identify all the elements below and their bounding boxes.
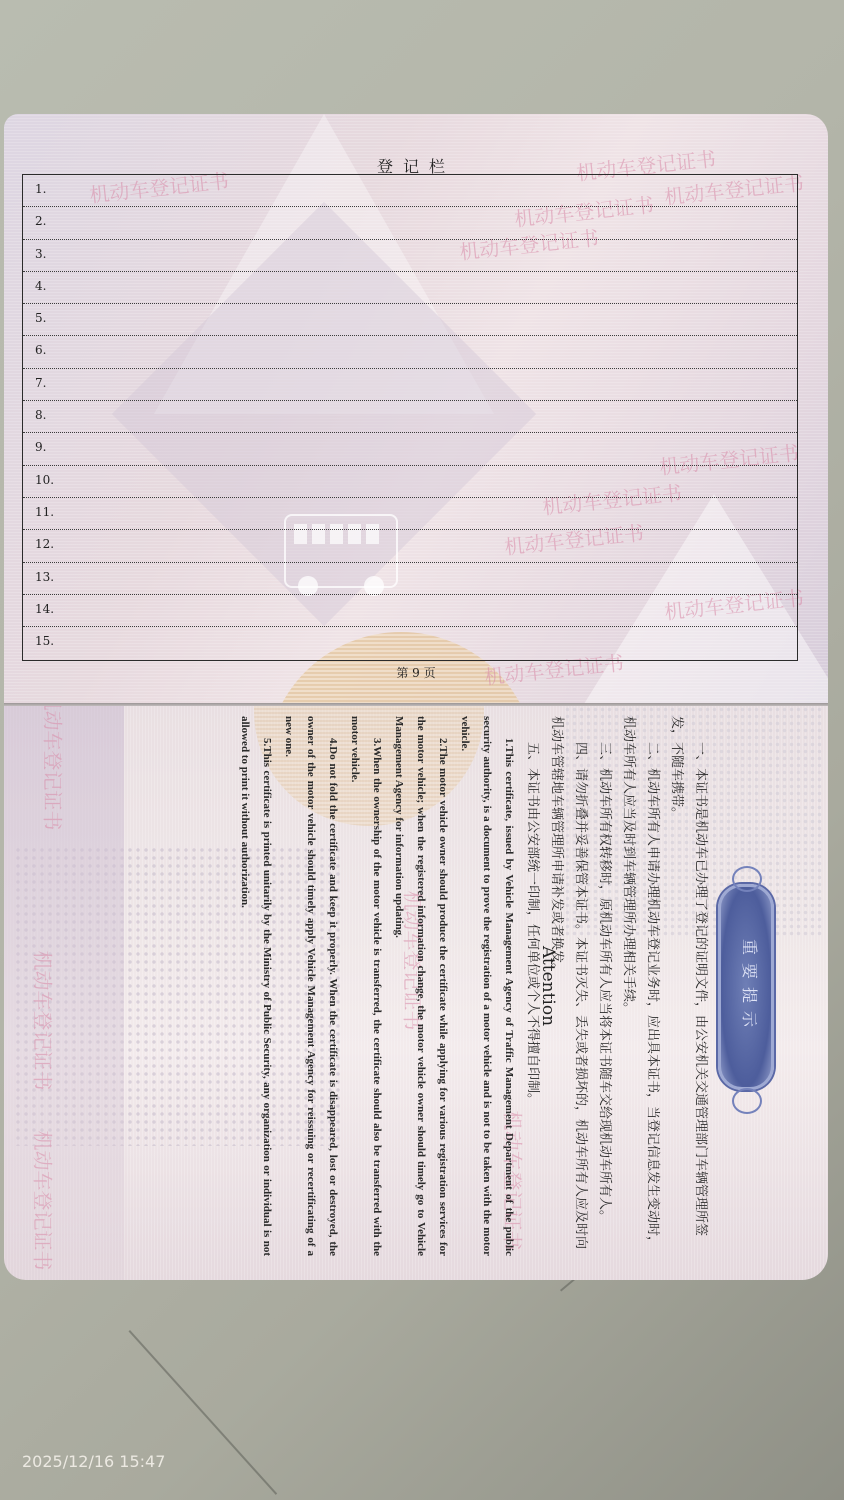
ornament-icon <box>732 1088 762 1114</box>
note-item: 4.Do not fold the certificate and keep i… <box>278 716 344 1256</box>
row-number: 8. <box>35 408 46 422</box>
ornament-icon <box>732 866 762 892</box>
note-item: 1.This certificate, issued by Vehicle Ma… <box>454 716 520 1256</box>
photo-timestamp: 2025/12/16 15:47 <box>22 1452 165 1471</box>
row-number: 2. <box>35 214 46 228</box>
row-number: 12. <box>35 537 54 551</box>
row-number: 9. <box>35 440 46 454</box>
registration-row: 3. <box>23 240 797 272</box>
page-number: 第 9 页 <box>4 664 828 681</box>
row-number: 14. <box>35 602 54 616</box>
row-number: 4. <box>35 279 46 293</box>
registration-row: 15. <box>23 627 797 659</box>
attention-title: Attention <box>538 716 558 1256</box>
important-notice-badge: 重要提示 <box>718 884 774 1090</box>
registration-row: 10. <box>23 466 797 498</box>
registration-row: 13. <box>23 563 797 595</box>
row-number: 1. <box>35 182 46 196</box>
registration-row: 1. <box>23 175 797 207</box>
note-item: 一、本证书是机动车已办理了登记的证明文件，由公安机关交通管理部门车辆管理所签发，… <box>664 716 712 1256</box>
registration-row: 4. <box>23 272 797 304</box>
registration-table: 1.2.3.4.5.6.7.8.9.10.11.12.13.14.15. <box>22 174 798 661</box>
row-number: 10. <box>35 473 54 487</box>
note-item: 3.When the ownership of the motor vehicl… <box>344 716 388 1256</box>
registration-row: 2. <box>23 207 797 239</box>
notice-content: 重要提示 一、本证书是机动车已办理了登记的证明文件，由公安机关交通管理部门车辆管… <box>12 716 782 1256</box>
registration-row: 12. <box>23 530 797 562</box>
note-item: 二、机动车所有人申请办理机动车登记业务时，应出具本证书，当登记信息发生变动时，机… <box>616 716 664 1256</box>
row-number: 7. <box>35 376 46 390</box>
row-number: 5. <box>35 311 46 325</box>
notice-page: 机动车登记证书 机动车登记证书 机动车登记证书 机动车登记证书 机动车登记证书 … <box>4 706 828 1280</box>
registration-row: 7. <box>23 369 797 401</box>
registration-row: 9. <box>23 433 797 465</box>
registration-row: 6. <box>23 336 797 368</box>
note-item: 2.The motor vehicle owner should produce… <box>388 716 454 1256</box>
row-number: 13. <box>35 570 54 584</box>
row-number: 3. <box>35 247 46 261</box>
row-number: 11. <box>35 505 54 519</box>
registration-row: 11. <box>23 498 797 530</box>
note-item: 三、机动车所有权转移时，原机动车所有人应当将本证书随车交给现机动车所有人。 <box>592 716 616 1256</box>
row-number: 15. <box>35 634 54 648</box>
registration-row: 14. <box>23 595 797 627</box>
registration-page: 机动车登记证书 机动车登记证书 机动车登记证书 机动车登记证书 机动车登记证书 … <box>4 114 828 704</box>
row-number: 6. <box>35 343 46 357</box>
note-item: 5.This certificate is printed unitarily … <box>234 716 278 1256</box>
english-notes: 1.This certificate, issued by Vehicle Ma… <box>234 716 520 1256</box>
badge-label: 重要提示 <box>740 939 759 1035</box>
registration-row: 8. <box>23 401 797 433</box>
registration-row: 5. <box>23 304 797 336</box>
